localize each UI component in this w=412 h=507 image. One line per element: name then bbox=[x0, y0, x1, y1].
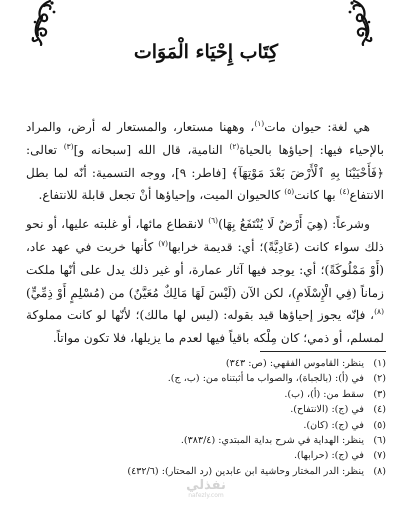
footnote-separator bbox=[260, 351, 386, 352]
footnote-text: سقط من: (أ)، (ب). bbox=[284, 389, 364, 400]
floral-ornament-icon bbox=[346, 0, 376, 46]
text-run: النامية، قال الله [سبحانه و] bbox=[74, 143, 230, 157]
paragraph-legal-definition: وشرعاً: (هِيَ أَرْضٌ لَا يُنْتَفَعُ بِهَ… bbox=[26, 213, 384, 350]
footnote-item: (٤)في (ج): (الانتفاح). bbox=[26, 402, 386, 417]
text-run: كالحيوان الميت، وإحياؤها أنْ تجعل قابلة … bbox=[39, 188, 285, 202]
main-text: هي لغة: حيوان مات(١)، وههنا مستعار، والم… bbox=[26, 116, 384, 350]
chapter-title: كِتَاب إِحْيَاء الْمَوَات bbox=[0, 41, 412, 63]
footnote-number: (٣) bbox=[370, 387, 386, 402]
footnote-item: (٥)في (ج): (كان). bbox=[26, 418, 386, 433]
footnote-text: في (ج): (كان). bbox=[303, 420, 364, 431]
footnote-item: (٧)في (ج): (حرابها). bbox=[26, 448, 386, 463]
footnote-ref[interactable]: (٣) bbox=[64, 142, 74, 151]
footnote-ref[interactable]: (٤) bbox=[340, 187, 350, 196]
footnote-number: (٧) bbox=[370, 448, 386, 463]
footnote-text: في (ج): (حرابها). bbox=[294, 450, 364, 461]
footnote-text: ينظر: الدر المختار وحاشية ابن عابدين (رد… bbox=[127, 466, 364, 477]
footnote-number: (١) bbox=[370, 356, 386, 371]
text-run: بها كانت bbox=[294, 188, 339, 202]
footnote-item: (٣)سقط من: (أ)، (ب). bbox=[26, 387, 386, 402]
text-run: ، فإنّه يجوز إحياؤها قيد بقوله: (ليس لها… bbox=[26, 308, 384, 345]
quran-verse: ﴿فَأَحْيَيْنَا بِهِ ٱلْأَرْضَ بَعْدَ مَو… bbox=[231, 166, 384, 180]
footnote-ref[interactable]: (٦) bbox=[208, 216, 218, 225]
footnote-item: (٢)في (أ): (بالجباة)، والصواب ما أثبتناه… bbox=[26, 371, 386, 386]
footnote-ref[interactable]: (٧) bbox=[158, 239, 168, 248]
footnote-text: ينظر: الهداية في شرح بداية المبتدي: (٣٨٣… bbox=[181, 435, 364, 446]
floral-ornament-icon bbox=[28, 0, 58, 46]
paragraph-linguistic-definition: هي لغة: حيوان مات(١)، وههنا مستعار، والم… bbox=[26, 116, 384, 207]
text-run: وشرعاً: (هِيَ أَرْضٌ لَا يُنْتَفَعُ بِهَ… bbox=[218, 217, 370, 231]
watermark-url: nafezly.com bbox=[176, 492, 236, 500]
footnote-text: في (أ): (بالجباة)، والصواب ما أثبتناه من… bbox=[168, 373, 364, 384]
footnote-number: (٢) bbox=[370, 371, 386, 386]
footnote-number: (٥) bbox=[370, 418, 386, 433]
footnote-number: (٨) bbox=[370, 464, 386, 479]
watermark: نفذلي nafezly.com bbox=[176, 479, 236, 500]
footnote-ref[interactable]: (٨) bbox=[374, 307, 384, 316]
footnote-number: (٤) bbox=[370, 402, 386, 417]
footnote-ref[interactable]: (٢) bbox=[229, 142, 239, 151]
footnote-ref[interactable]: (١) bbox=[254, 119, 264, 128]
footnote-text: ينظر: القاموس الفقهي: (ص: ٣٤٣) bbox=[226, 358, 364, 369]
text-run: تعالى: bbox=[26, 143, 64, 157]
footnote-item: (٦)ينظر: الهداية في شرح بداية المبتدي: (… bbox=[26, 433, 386, 448]
watermark-logo-text: نفذلي bbox=[176, 479, 236, 492]
text-run: هي لغة: حيوان مات bbox=[264, 120, 370, 134]
footnote-number: (٦) bbox=[370, 433, 386, 448]
footnote-item: (١)ينظر: القاموس الفقهي: (ص: ٣٤٣) bbox=[26, 356, 386, 371]
footnote-item: (٨)ينظر: الدر المختار وحاشية ابن عابدين … bbox=[26, 464, 386, 479]
footnotes-list: (١)ينظر: القاموس الفقهي: (ص: ٣٤٣) (٢)في … bbox=[26, 356, 386, 479]
footnote-text: في (ج): (الانتفاح). bbox=[290, 404, 364, 415]
footnote-ref[interactable]: (٥) bbox=[284, 187, 294, 196]
